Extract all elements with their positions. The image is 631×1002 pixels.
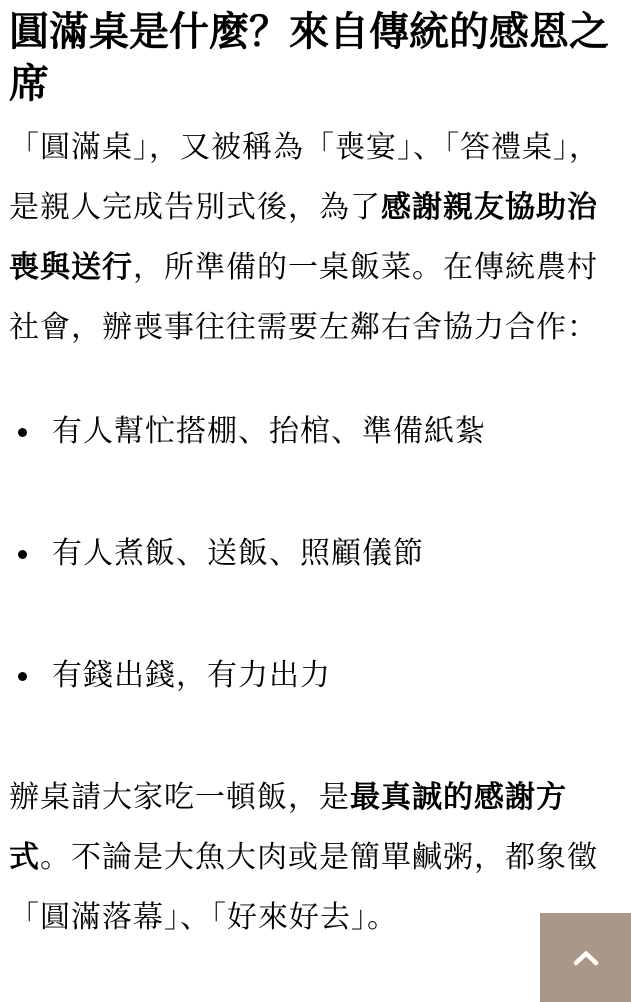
list-item: 有人幫忙搭棚、抬棺、準備紙紮 (42, 402, 622, 462)
chevron-up-icon (573, 950, 599, 966)
article-body: 圓滿桌是什麼？來自傳統的感恩之席 「圓滿桌」，又被稱為「喪宴」、「答禮桌」，是親… (0, 0, 631, 948)
list-item: 有錢出錢，有力出力 (42, 646, 622, 706)
list-item: 有人煮飯、送飯、照顧儀節 (42, 524, 622, 584)
helpers-list: 有人幫忙搭棚、抬棺、準備紙紮 有人煮飯、送飯、照顧儀節 有錢出錢，有力出力 (9, 402, 622, 706)
scroll-to-top-button[interactable] (540, 913, 631, 1002)
intro-paragraph: 「圓滿桌」，又被稱為「喪宴」、「答禮桌」，是親人完成告別式後，為了感謝親友協助治… (9, 118, 622, 358)
closing-paragraph-text-1: 辦桌請大家吃一頓飯，是 (9, 781, 350, 814)
closing-paragraph: 辦桌請大家吃一頓飯，是最真誠的感謝方式。不論是大魚大肉或是簡單鹹粥，都象徵「圓滿… (9, 768, 622, 948)
closing-paragraph-text-2: 。不論是大魚大肉或是簡單鹹粥，都象徵「圓滿落幕」、「好來好去」。 (9, 841, 598, 934)
page-title: 圓滿桌是什麼？來自傳統的感恩之席 (9, 6, 622, 110)
